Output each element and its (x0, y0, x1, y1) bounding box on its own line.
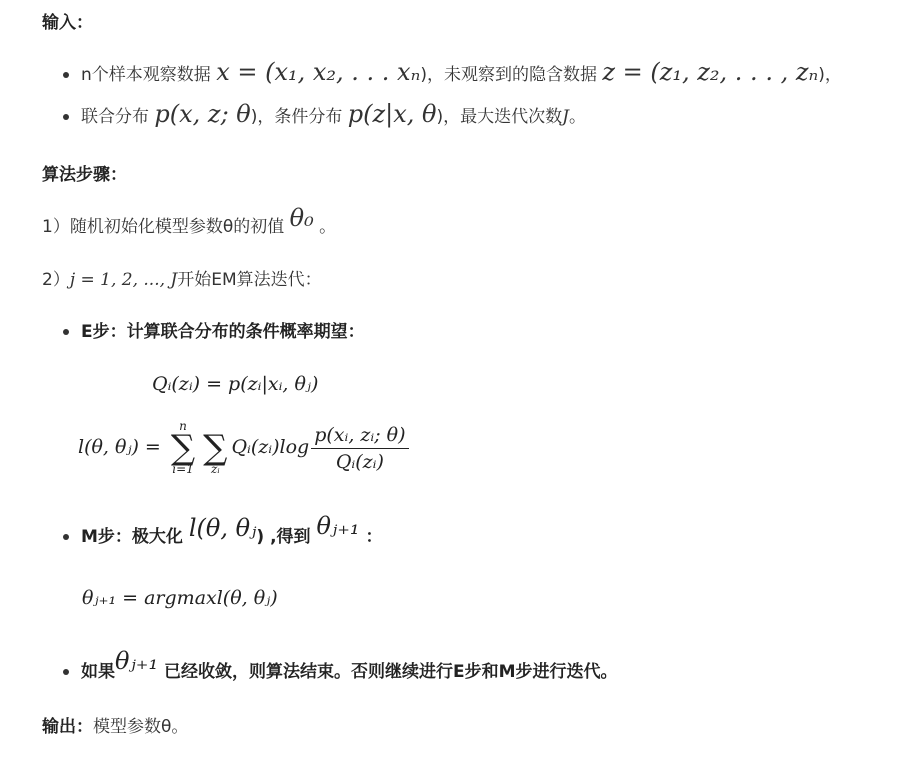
steps-heading: 算法步骤： (42, 160, 127, 185)
m-step-text: ) ,得到 (256, 527, 310, 547)
math-cond-dist: p(z|x, θ (348, 100, 437, 128)
step-text: 开始EM算法迭代： (177, 270, 321, 290)
m-step-label: M步：极大化 l(θ, θⱼ) ,得到 θⱼ₊₁ ： (63, 520, 382, 548)
converge-text: 已经收敛，则算法结束。否则继续进行E步和M步进行迭代。 (164, 662, 618, 682)
math-theta-next: θⱼ₊₁ (115, 647, 158, 675)
formula-q: Qᵢ(zᵢ) = p(zᵢ|xᵢ, θⱼ) (152, 373, 318, 395)
bullet-icon (63, 114, 69, 120)
step-1: 1）随机初始化模型参数θ的初值 θ₀ 。 (42, 210, 336, 238)
item-text: 。 (569, 107, 586, 127)
e-step-label: E步：计算联合分布的条件概率期望： (63, 317, 365, 342)
formula-l: l(θ, θⱼ) = n ∑ i=1 ∑ zᵢ Qᵢ(zᵢ)log p(xᵢ, … (78, 420, 409, 476)
item-text: )，条件分布 (251, 107, 343, 127)
math-joint-dist: p(x, z; θ (154, 100, 250, 128)
sum-i: n ∑ i=1 (171, 420, 195, 476)
e-step-text: E步：计算联合分布的条件概率期望： (81, 322, 365, 342)
step-text: 1）随机初始化模型参数θ的初值 (42, 217, 284, 237)
m-step-text: ： (365, 527, 382, 547)
fraction: p(xᵢ, zᵢ; θ) Qᵢ(zᵢ) (311, 424, 408, 473)
sigma-icon: ∑ (171, 433, 195, 463)
item-text: )，未观察到的隐含数据 (420, 65, 597, 85)
item-text: )，最大迭代次数 (436, 107, 562, 127)
math-l: l(θ, θⱼ (189, 514, 257, 542)
bullet-icon (63, 329, 69, 335)
denominator: Qᵢ(zᵢ) (311, 449, 408, 473)
step-text: 。 (319, 217, 336, 237)
input-item-observed-data: n个样本观察数据 x = (x₁, x₂, . . . xₙ)，未观察到的隐含数… (63, 58, 842, 86)
sigma-icon: ∑ (203, 433, 227, 463)
converge-text: 如果 (81, 662, 115, 682)
m-step-text: M步：极大化 (81, 527, 183, 547)
formula-argmax: θⱼ₊₁ = argmaxl(θ, θⱼ) (82, 587, 278, 609)
convergence-note: 如果θⱼ₊₁ 已经收敛，则算法结束。否则继续进行E步和M步进行迭代。 (63, 655, 618, 683)
math-j-range: j = 1, 2, ..., J (70, 270, 177, 290)
item-text: n个样本观察数据 (81, 65, 211, 85)
step-2: 2）j = 1, 2, ..., J开始EM算法迭代： (42, 265, 322, 290)
bullet-icon (63, 534, 69, 540)
math-x: x = (x₁, x₂, . . . xₙ (216, 58, 420, 86)
math-theta0: θ₀ (290, 204, 314, 232)
numerator: p(xᵢ, zᵢ; θ) (311, 424, 408, 449)
bullet-icon (63, 669, 69, 675)
formula-mid: Qᵢ(zᵢ)log (231, 436, 309, 458)
bullet-icon (63, 72, 69, 78)
output-heading: 输出： (42, 717, 93, 737)
output-line: 输出：模型参数θ。 (42, 712, 188, 737)
input-heading: 输入： (42, 8, 93, 33)
math-J: J (562, 107, 569, 127)
input-item-distribution: 联合分布 p(x, z; θ)，条件分布 p(z|x, θ)，最大迭代次数J。 (63, 100, 586, 128)
formula-lhs: l(θ, θⱼ) = (78, 436, 161, 458)
math-theta-next: θⱼ₊₁ (316, 512, 359, 540)
sum-bottom: i=1 (171, 463, 195, 476)
item-text: 联合分布 (81, 107, 149, 127)
output-text: 模型参数θ。 (93, 717, 188, 737)
step-text: 2） (42, 270, 70, 290)
sum-z: ∑ zᵢ (203, 420, 227, 476)
item-text: )， (818, 65, 842, 85)
math-z: z = (z₁, z₂, . . . , zₙ (602, 58, 818, 86)
